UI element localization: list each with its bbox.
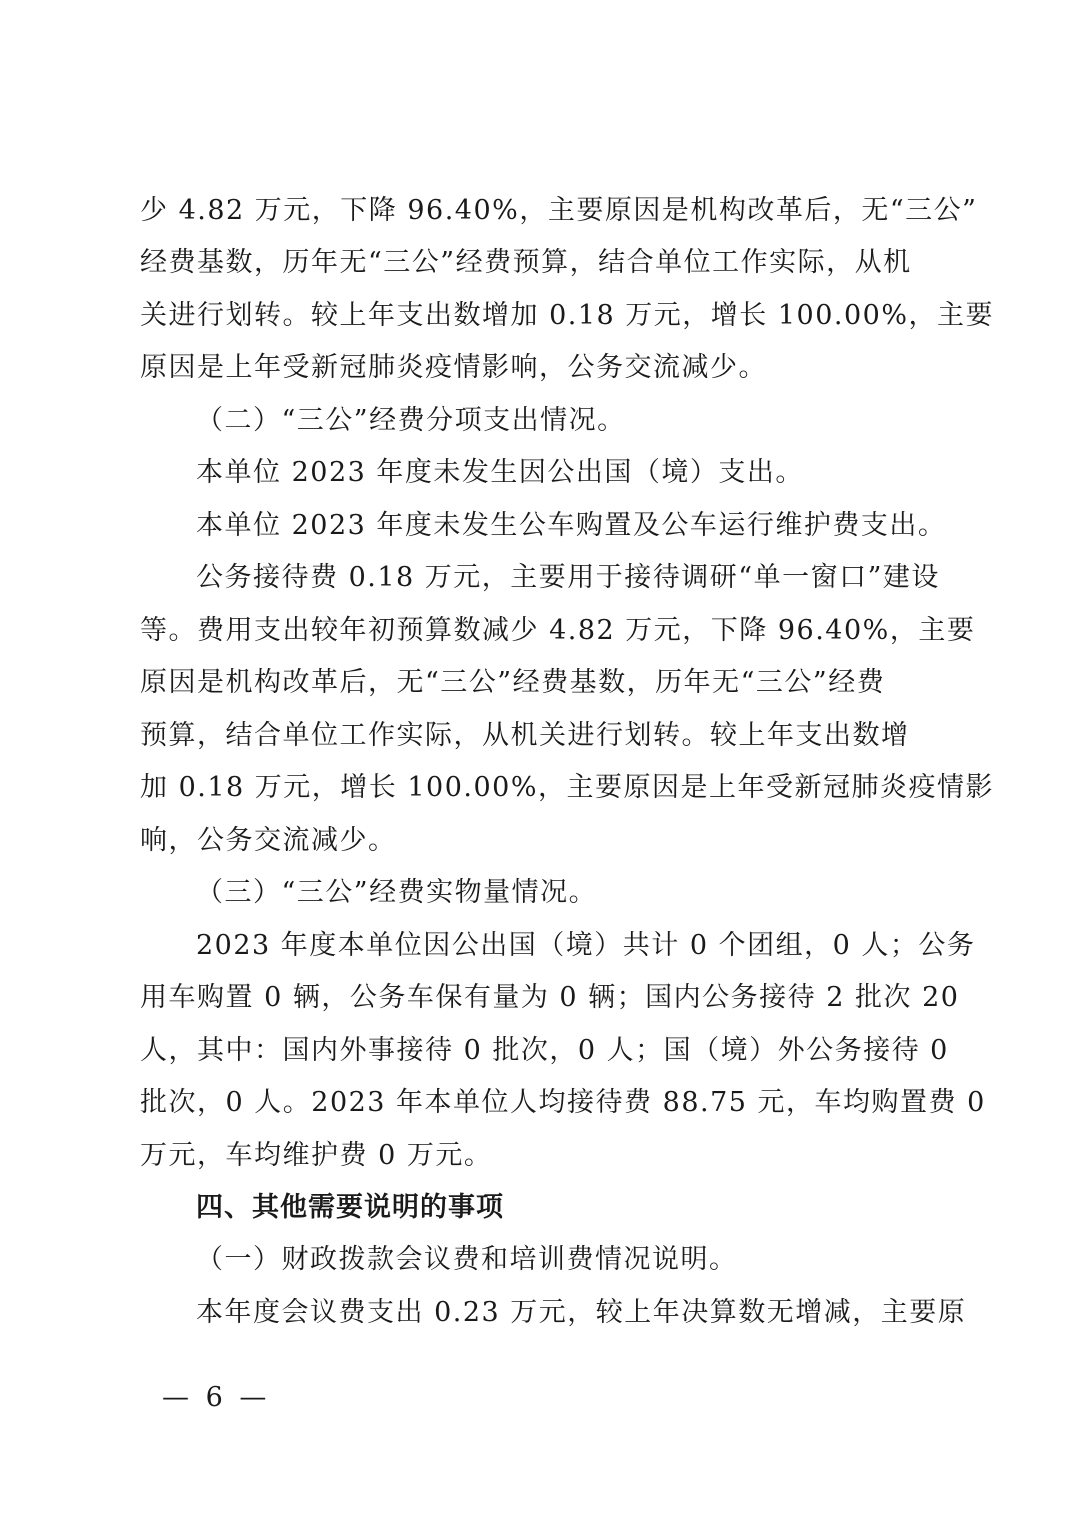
paragraph-line: 本单位 2023 年度未发生公车购置及公车运行维护费支出。 <box>196 508 946 544</box>
paragraph-line: 加 0.18 万元，增长 100.00%，主要原因是上年受新冠肺炎疫情影 <box>140 770 994 806</box>
section-heading: 四、其他需要说明的事项 <box>196 1190 504 1226</box>
paragraph-line: 预算，结合单位工作实际，从机关进行划转。较上年支出数增 <box>140 718 910 754</box>
paragraph-line: 原因是上年受新冠肺炎疫情影响，公务交流减少。 <box>140 350 767 386</box>
paragraph-line: 人，其中：国内外事接待 0 批次，0 人；国（境）外公务接待 0 <box>140 1033 949 1069</box>
paragraph-line: （二）“三公”经费分项支出情况。 <box>196 403 626 439</box>
paragraph-line: 原因是机构改革后，无“三公”经费基数，历年无“三公”经费 <box>140 665 885 701</box>
paragraph-line: 经费基数，历年无“三公”经费预算，结合单位工作实际，从机 <box>140 245 912 281</box>
paragraph-line: 2023 年度本单位因公出国（境）共计 0 个团组，0 人；公务 <box>196 928 975 964</box>
page-number: — 6 — <box>162 1380 270 1416</box>
subsection-heading: （一）财政拨款会议费和培训费情况说明。 <box>196 1242 738 1278</box>
paragraph-line: 少 4.82 万元，下降 96.40%，主要原因是机构改革后，无“三公” <box>140 193 977 229</box>
paragraph-line: 本年度会议费支出 0.23 万元，较上年决算数无增减，主要原 <box>196 1295 966 1331</box>
paragraph-line: 批次，0 人。2023 年本单位人均接待费 88.75 元，车均购置费 0 <box>140 1085 986 1121</box>
paragraph-line: 响，公务交流减少。 <box>140 823 397 859</box>
paragraph-line: 关进行划转。较上年支出数增加 0.18 万元，增长 100.00%，主要 <box>140 298 994 334</box>
paragraph-line: 万元，车均维护费 0 万元。 <box>140 1138 492 1174</box>
paragraph-line: 等。费用支出较年初预算数减少 4.82 万元，下降 96.40%，主要 <box>140 613 975 649</box>
document-page: 少 4.82 万元，下降 96.40%，主要原因是机构改革后，无“三公”经费基数… <box>0 0 1074 1520</box>
paragraph-line: 本单位 2023 年度未发生因公出国（境）支出。 <box>196 455 804 491</box>
paragraph-line: 用车购置 0 辆，公务车保有量为 0 辆；国内公务接待 2 批次 20 <box>140 980 959 1016</box>
paragraph-line: （三）“三公”经费实物量情况。 <box>196 875 597 911</box>
paragraph-line: 公务接待费 0.18 万元，主要用于接待调研“单一窗口”建设 <box>196 560 940 596</box>
